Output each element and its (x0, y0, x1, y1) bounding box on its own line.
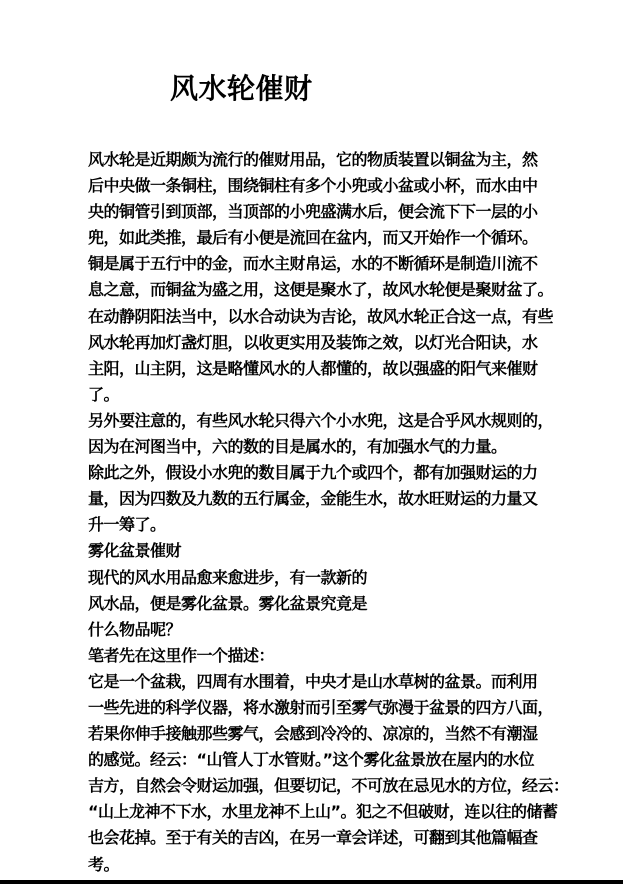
text-line: 也会花掉。至于有关的吉凶，在另一章会详述，可翻到其他篇幅查 (88, 825, 558, 851)
text-line: 因为在河图当中，六的数的目是属水的，有加强水气的力量。 (88, 434, 558, 460)
text-line: 量，因为四数及九数的五行属金，金能生水，故水旺财运的力量又 (88, 486, 558, 512)
text-line: 升一筹了。 (88, 512, 558, 538)
text-line: 主阳，山主阴，这是略懂风水的人都懂的，故以强盛的阳气来催财 (88, 356, 558, 382)
text-line: 吉方，自然会令财运加强，但要切记，不可放在忌见水的方位，经云： (88, 773, 558, 799)
text-line: 央的铜管引到顶部，当顶部的小兜盛满水后，便会流下下一层的小 (88, 199, 558, 225)
document-body: 风水轮是近期颇为流行的催财用品，它的物质装置以铜盆为主，然后中央做一条铜柱，围绕… (88, 147, 558, 878)
text-line: 笔者先在这里作一个描述： (88, 643, 558, 669)
text-line: 铜是属于五行中的金，而水主财帛运，水的不断循环是制造川流不 (88, 251, 558, 277)
text-line: 什么物品呢？ (88, 617, 558, 643)
text-line: 除此之外，假设小水兜的数目属于九个或四个，都有加强财运的力 (88, 460, 558, 486)
section-heading: 雾化盆景催财 (88, 538, 558, 564)
text-line: 风水品，便是雾化盆景。雾化盆景究竟是 (88, 591, 558, 617)
page-bottom-border (0, 880, 623, 884)
text-line: 风水轮再加灯盏灯胆，以收更实用及装饰之效，以灯光合阳诀，水 (88, 330, 558, 356)
text-line: 风水轮是近期颇为流行的催财用品，它的物质装置以铜盆为主，然 (88, 147, 558, 173)
text-line: 在动静阴阳法当中，以水合动诀为吉论，故风水轮正合这一点，有些 (88, 304, 558, 330)
document-title: 风水轮催财 (170, 72, 313, 106)
text-line: 后中央做一条铜柱，围绕铜柱有多个小兜或小盆或小杯，而水由中 (88, 173, 558, 199)
text-line: 一些先进的科学仪器，将水激射而引至雾气弥漫于盆景的四方八面， (88, 695, 558, 721)
text-line: 息之意，而铜盆为盛之用，这便是聚水了，故风水轮便是聚财盆了。 (88, 277, 558, 303)
text-line: 另外要注意的，有些风水轮只得六个小水兜，这是合乎风水规则的， (88, 408, 558, 434)
text-line: 若果你伸手接触那些雾气，会感到冷冷的、凉凉的，当然不有潮湿 (88, 721, 558, 747)
text-line: 考。 (88, 852, 558, 878)
text-line: 现代的风水用品愈来愈进步，有一款新的 (88, 565, 558, 591)
text-line: “山上龙神不下水，水里龙神不上山”。犯之不但破财，连以往的储蓄 (88, 799, 558, 825)
text-line: 兜，如此类推，最后有小便是流回在盆内，而又开始作一个循环。 (88, 225, 558, 251)
text-line: 了。 (88, 382, 558, 408)
text-line: 的感觉。经云：“山管人丁水管财。”这个雾化盆景放在屋内的水位 (88, 747, 558, 773)
text-line: 它是一个盆栽，四周有水围着，中央才是山水草树的盆景。而利用 (88, 669, 558, 695)
